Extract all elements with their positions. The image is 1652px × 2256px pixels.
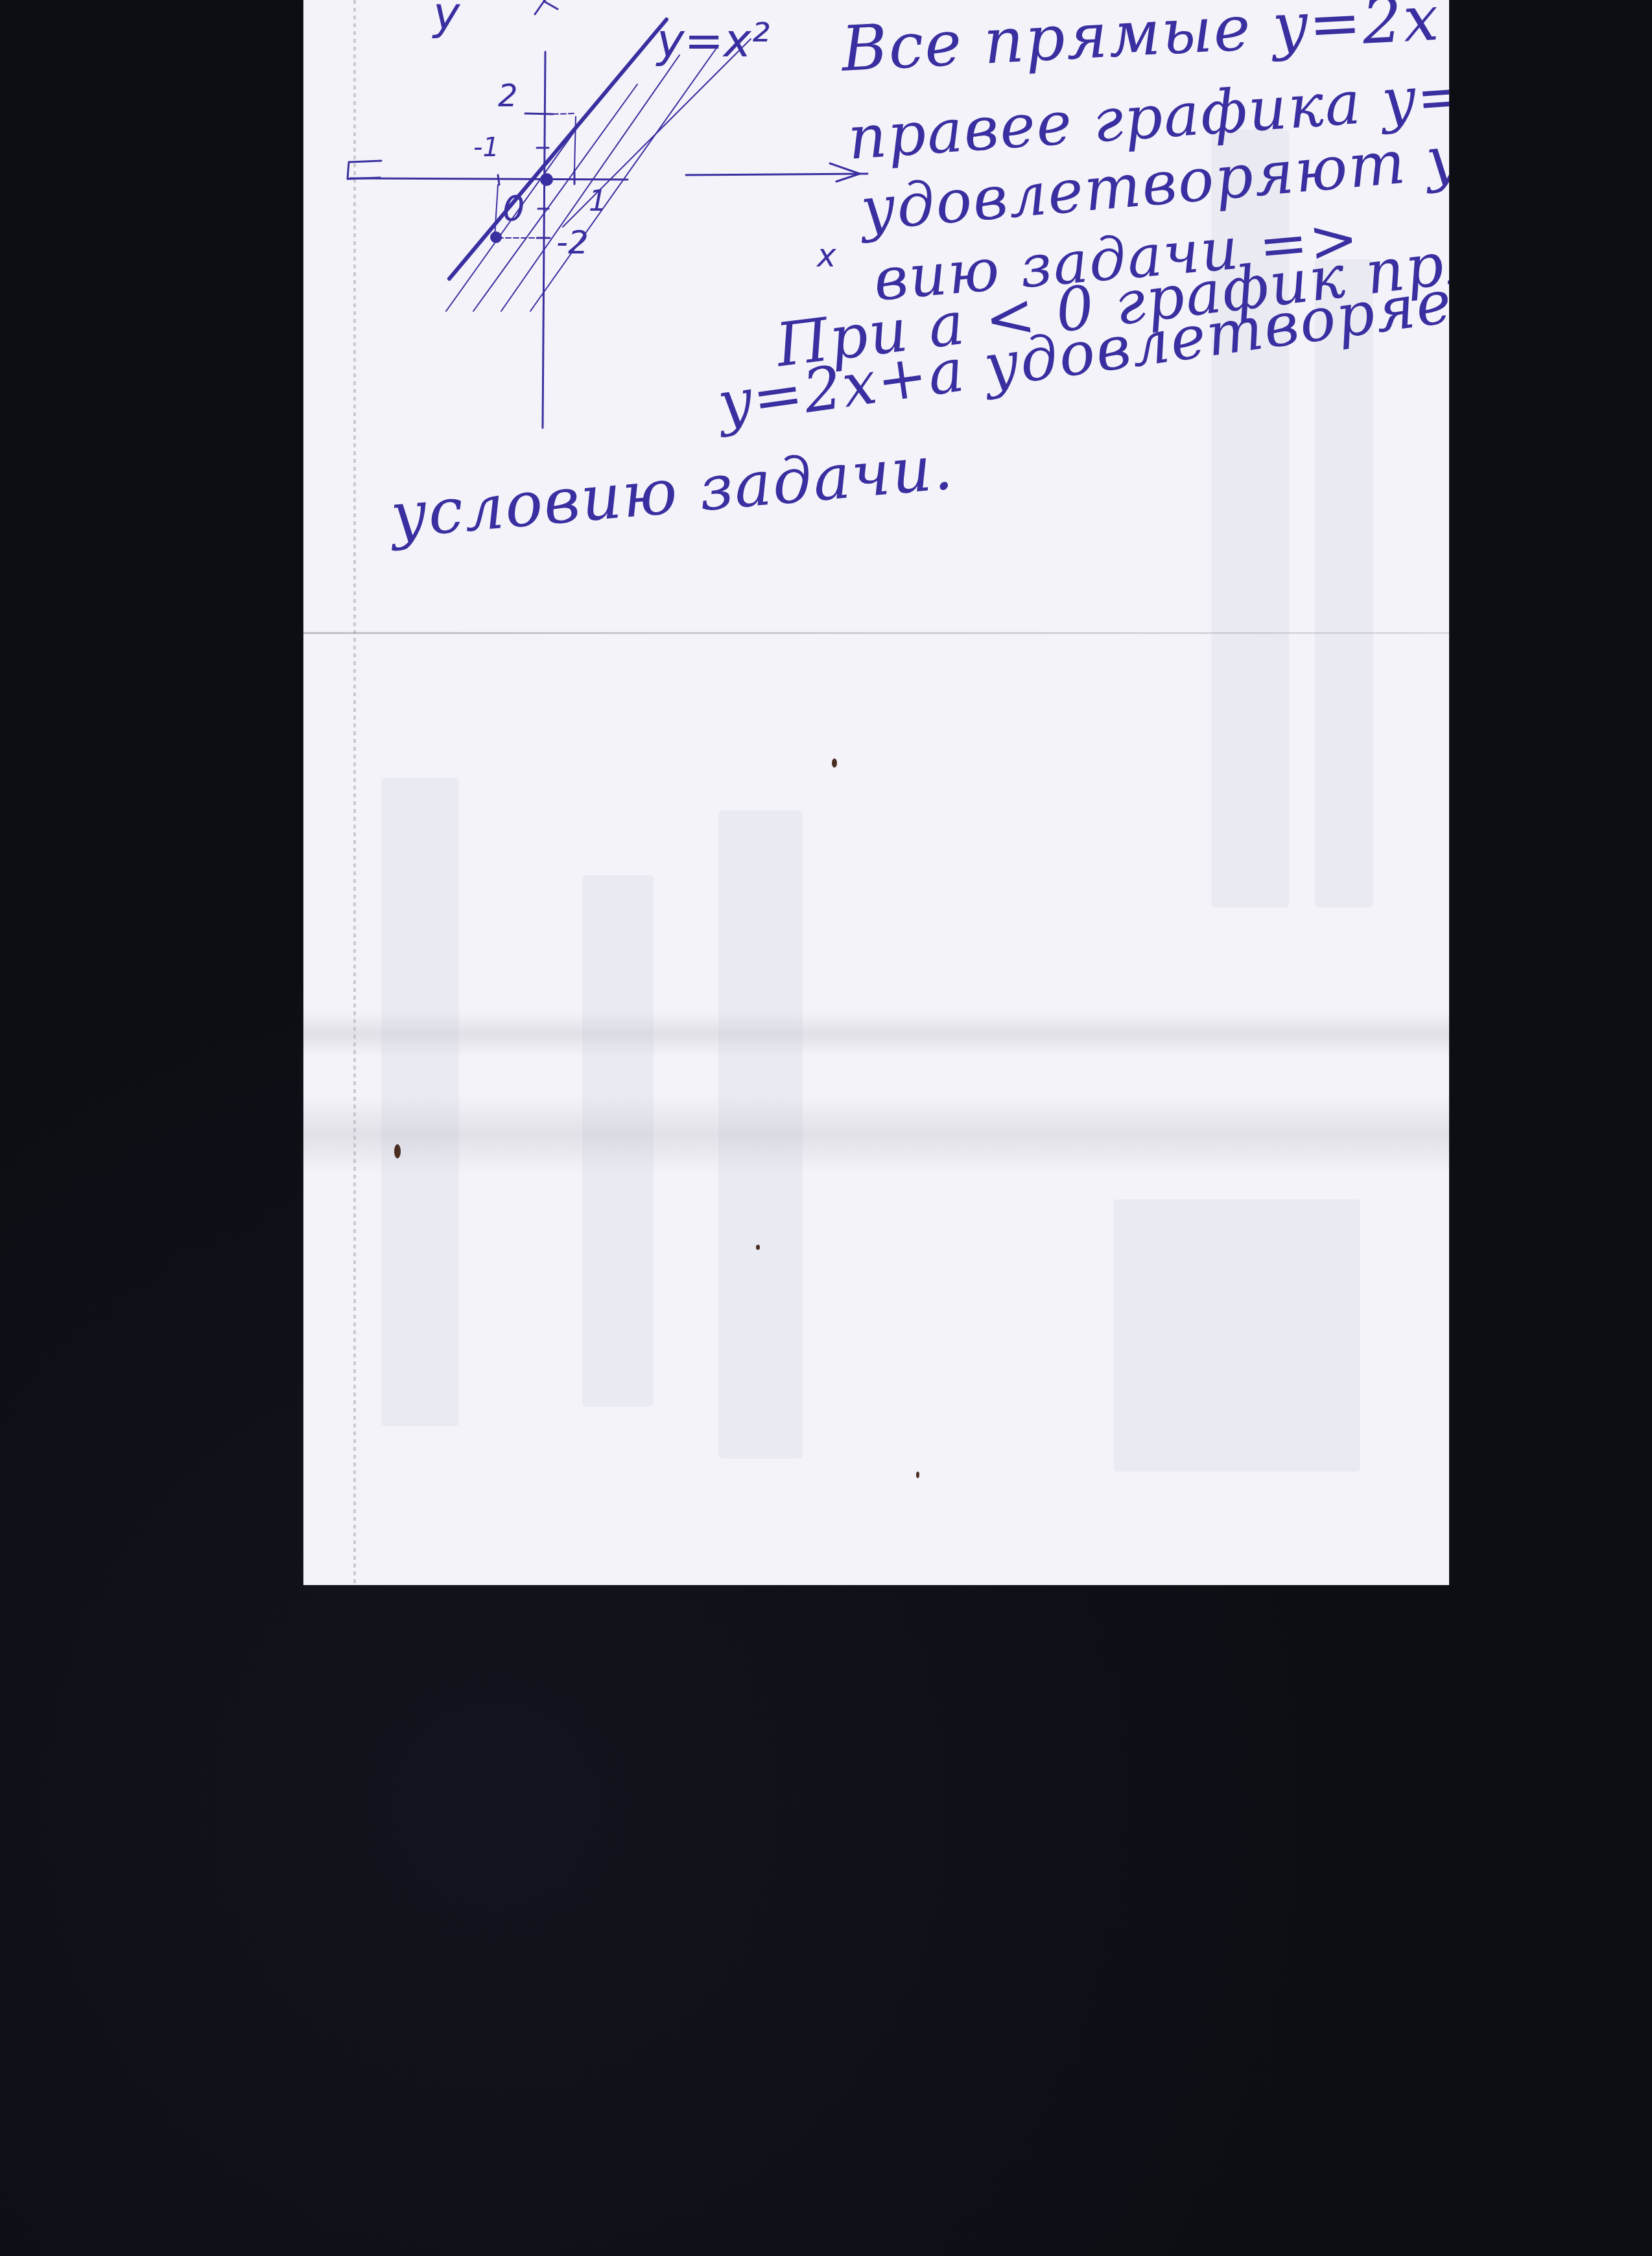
tick-label-yneg2: -2 [556,224,589,261]
guide [553,113,576,114]
paper-sheet: y x y=x² 2 -1 0 1 -2 Все прямые y=2x + a… [303,0,1449,1585]
curve-label: y=x² [657,13,770,67]
guide [574,117,576,170]
parallel-line [473,84,637,311]
x-axis-label: x [817,237,836,274]
x-axis-left-bracket [348,161,381,179]
tick [525,113,553,114]
guide [495,185,498,237]
x-axis [350,174,867,180]
point-neg1-neg2 [490,231,502,243]
parallel-line [530,45,718,311]
tick-label-x1: 1 [589,185,607,218]
tick-label-y2: 2 [498,78,518,114]
origin-point [540,173,553,186]
tick [498,175,499,185]
y-axis-arrow-icon [535,1,558,14]
tick-label-xneg1: -1 [473,133,499,163]
tick-label-origin: 0 [502,188,525,229]
y-axis-label: y [433,0,460,40]
